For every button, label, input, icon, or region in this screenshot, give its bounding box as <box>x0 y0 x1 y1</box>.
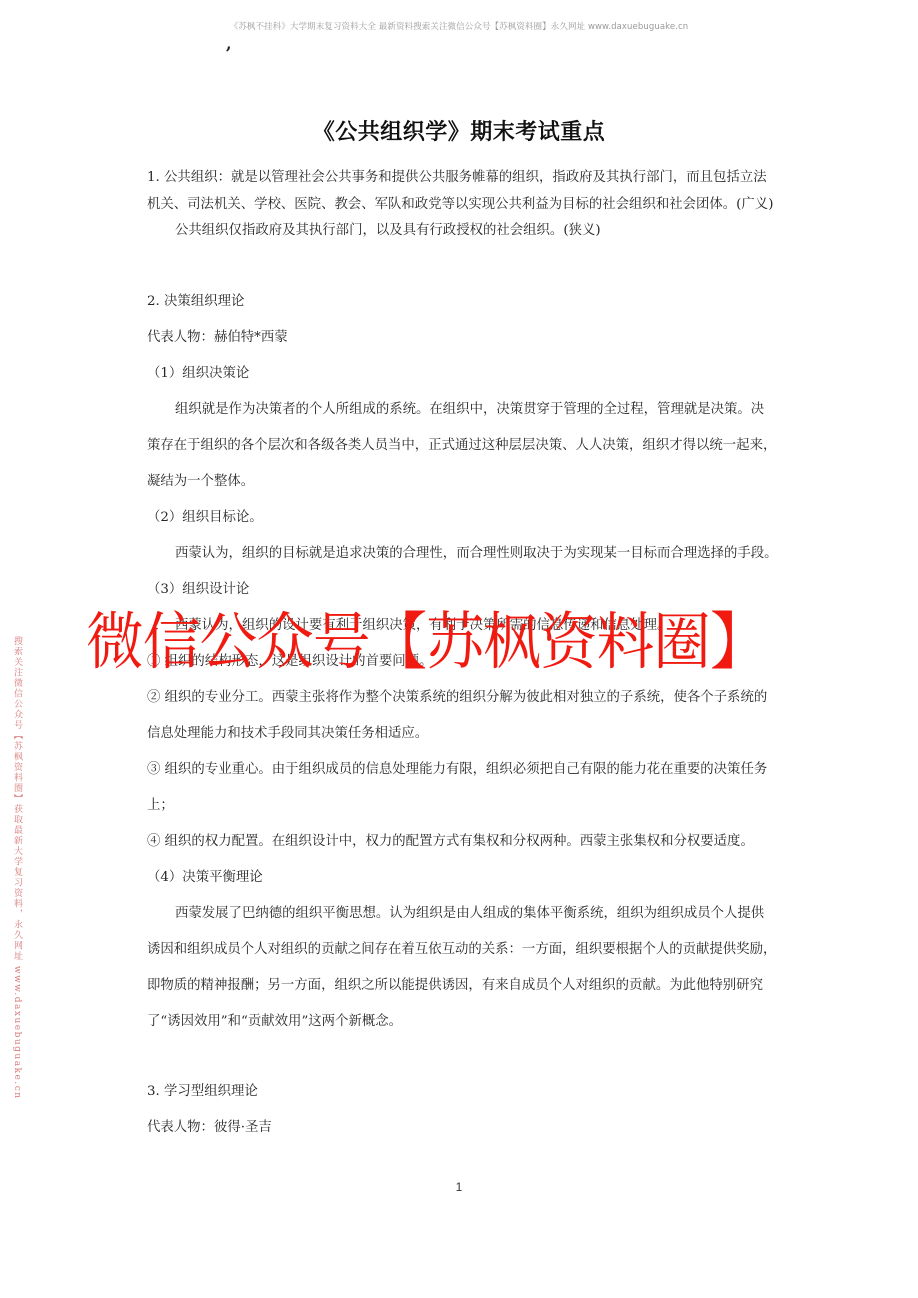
paragraph-line: 信息处理能力和技术手段同其决策任务相适应。 <box>147 721 772 748</box>
paragraph-line: 西蒙发展了巴纳德的组织平衡思想。认为组织是由人组成的集体平衡系统，组织为组织成员… <box>147 901 772 928</box>
section-heading: 3. 学习型组织理论 <box>147 1079 772 1106</box>
paragraph-line: 公共组织仅指政府及其执行部门，以及具有行政授权的社会组织。(狭义) <box>147 218 772 245</box>
paragraph-line: 组织就是作为决策者的个人所组成的系统。在组织中，决策贯穿于管理的全过程，管理就是… <box>147 397 772 424</box>
subsection-heading: （3）组织设计论 <box>147 577 772 604</box>
paragraph-line: 诱因和组织成员个人对组织的贡献之间存在着互依互动的关系：一方面，组织要根据个人的… <box>147 937 772 964</box>
list-item: ④ 组织的权力配置。在组织设计中，权力的配置方式有集权和分权两种。西蒙主张集权和… <box>147 829 772 856</box>
header-note: 《苏枫不挂科》大学期末复习资料大全 最新资料搜索关注微信公众号【苏枫资料圈】永久… <box>0 20 918 32</box>
paragraph-line: 西蒙认为，组织的设计要有利于组织决策，有利于决策所需的信息传递和信息处理。 <box>147 613 772 640</box>
document-title: 《公共组织学》期末考试重点 <box>0 115 918 146</box>
subsection-heading: （1）组织决策论 <box>147 361 772 388</box>
paragraph-line: 上； <box>147 793 772 820</box>
paragraph-line: 策存在于组织的各个层次和各级各类人员当中，正式通过这种层层决策、人人决策，组织才… <box>147 433 772 460</box>
paragraph-line: 即物质的精神报酬；另一方面，组织之所以能提供诱因，有来自成员个人对组织的贡献。为… <box>147 973 772 1000</box>
subsection-heading: （2）组织目标论。 <box>147 505 772 532</box>
paragraph-line: 了“诱因效用”和“贡献效用”这两个新概念。 <box>147 1009 772 1036</box>
subsection-heading: （4）决策平衡理论 <box>147 865 772 892</box>
document-body: 1. 公共组织：就是以管理社会公共事务和提供公共服务帷幕的组织，指政府及其执行部… <box>147 165 772 1142</box>
section-heading: 2. 决策组织理论 <box>147 289 772 316</box>
page-number: 1 <box>0 1180 918 1194</box>
paragraph-line: 机关、司法机关、学校、医院、教会、军队和政党等以实现公共利益为目标的社会组织和社… <box>147 192 772 219</box>
stray-mark: , <box>226 34 232 53</box>
representative-line: 代表人物：赫伯特*西蒙 <box>147 325 772 352</box>
list-item: ③ 组织的专业重心。由于组织成员的信息处理能力有限，组织必须把自己有限的能力花在… <box>147 757 772 784</box>
paragraph-line: 凝结为一个整体。 <box>147 469 772 496</box>
paragraph-line: 西蒙认为，组织的目标就是追求决策的合理性，而合理性则取决于为实现某一目标而合理选… <box>147 541 772 568</box>
representative-line: 代表人物：彼得·圣吉 <box>147 1115 772 1142</box>
side-banner-text: 搜索关注微信公众号【苏枫资料圈】获取最新大学复习资料，永久网址 www.daxu… <box>12 636 24 1100</box>
paragraph-line: 1. 公共组织：就是以管理社会公共事务和提供公共服务帷幕的组织，指政府及其执行部… <box>147 165 772 192</box>
list-item: ① 组织的结构形态，这是组织设计的首要问题。 <box>147 649 772 676</box>
list-item: ② 组织的专业分工。西蒙主张将作为整个决策系统的组织分解为彼此相对独立的子系统，… <box>147 685 772 712</box>
